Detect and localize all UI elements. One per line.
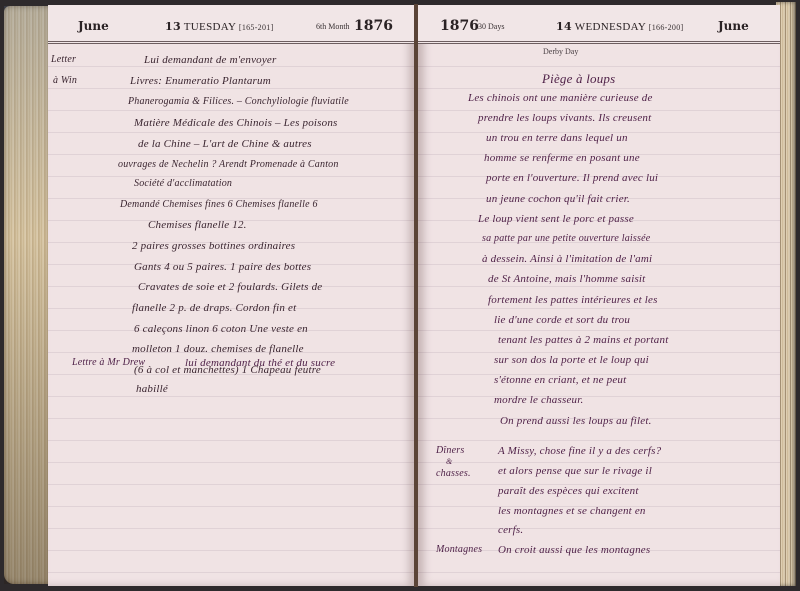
entry-line: et alors pense que sur le rivage il bbox=[498, 465, 652, 477]
entry-line: tenant les pattes à 2 mains et portant bbox=[498, 334, 668, 346]
entry-line: 2 paires grosses bottines ordinaires bbox=[132, 240, 295, 252]
margin-note: Montagnes bbox=[436, 544, 482, 555]
entry-line: lie d'une corde et sort du trou bbox=[494, 314, 630, 326]
entry-title: Piège à loups bbox=[542, 71, 615, 87]
left-header-month: June bbox=[78, 19, 109, 33]
entry-line: Les chinois ont une manière curieuse de bbox=[468, 92, 653, 104]
entry-line: molleton 1 douz. chemises de flanelle bbox=[132, 343, 304, 355]
open-diary: June 13 TUESDAY [165-201] 6th Month 1876… bbox=[0, 0, 800, 591]
right-header-year: 1876 bbox=[440, 18, 479, 34]
margin-note: Dîners bbox=[436, 445, 464, 456]
left-header-month-label: 6th Month bbox=[316, 22, 350, 31]
right-page-header: 1876 30 Days 14 WEDNESDAY [166-200] June bbox=[418, 5, 780, 44]
entry-line: sur son dos la porte et le loup qui bbox=[494, 354, 649, 366]
right-header-day-number: 14 bbox=[556, 20, 572, 33]
entry-line: paraît des espèces qui excitent bbox=[498, 485, 639, 497]
entry-line: cerfs. bbox=[498, 524, 523, 536]
left-page-header: June 13 TUESDAY [165-201] 6th Month 1876 bbox=[48, 5, 415, 44]
left-header-weekday: TUESDAY bbox=[184, 21, 236, 33]
entry-line: mordre le chasseur. bbox=[494, 394, 583, 406]
entry-line: flanelle 2 p. de draps. Cordon fin et bbox=[132, 302, 296, 314]
entry-line: Gants 4 ou 5 paires. 1 paire des bottes bbox=[134, 261, 311, 273]
margin-note: chasses. bbox=[436, 468, 471, 479]
entry-line: Livres: Enumeratio Plantarum bbox=[130, 75, 271, 87]
margin-note: & bbox=[446, 457, 452, 466]
entry-line: Demandé Chemises fines 6 Chemises flanel… bbox=[120, 199, 318, 210]
entry-line: Le loup vient sent le porc et passe bbox=[478, 213, 634, 225]
entry-line: Phanerogamia & Filices. – Conchyliologie… bbox=[128, 96, 349, 107]
entry-line: 6 caleçons linon 6 coton Une veste en bbox=[134, 323, 308, 335]
entry-line: On croit aussi que les montagnes bbox=[498, 544, 650, 556]
margin-note: Letter bbox=[51, 54, 76, 65]
entry-line: Société d'acclimatation bbox=[134, 178, 232, 189]
right-header-days-label: 30 Days bbox=[478, 22, 504, 31]
entry-line: à dessein. Ainsi à l'imitation de l'ami bbox=[482, 253, 652, 265]
right-header-date: 14 WEDNESDAY [166-200] bbox=[556, 20, 684, 33]
left-header-year: 1876 bbox=[354, 18, 393, 34]
entry-line: Chemises flanelle 12. bbox=[148, 219, 247, 231]
left-header-day-number: 13 bbox=[165, 20, 181, 33]
right-header-month: June bbox=[718, 19, 749, 33]
right-header-weekday: WEDNESDAY bbox=[575, 21, 646, 33]
entry-line: de la Chine – L'art de Chine & autres bbox=[138, 138, 312, 150]
margin-note: Lettre à Mr Drew bbox=[72, 357, 145, 368]
printed-event-note: Derby Day bbox=[543, 47, 578, 56]
entry-line: s'étonne en criant, et ne peut bbox=[494, 374, 626, 386]
right-header-day-count: [166-200] bbox=[649, 23, 684, 32]
entry-line: un jeune cochon qu'il fait crier. bbox=[486, 193, 630, 205]
entry-line: Matière Médicale des Chinois – Les poiso… bbox=[134, 117, 338, 129]
entry-line: prendre les loups vivants. Ils creusent bbox=[478, 112, 651, 124]
entry-line: de St Antoine, mais l'homme saisit bbox=[488, 273, 645, 285]
left-page: June 13 TUESDAY [165-201] 6th Month 1876… bbox=[48, 5, 415, 586]
entry-line: les montagnes et se changent en bbox=[498, 505, 646, 517]
entry-line: A Missy, chose fine il y a des cerfs? bbox=[498, 445, 661, 457]
entry-line: porte en l'ouverture. Il prend avec lui bbox=[486, 172, 658, 184]
entry-line: habillé bbox=[136, 383, 168, 395]
entry-line: homme se renferme en posant une bbox=[484, 152, 640, 164]
entry-line: fortement les pattes intérieures et les bbox=[488, 294, 658, 306]
entry-line: sa patte par une petite ouverture laissé… bbox=[482, 233, 650, 244]
entry-line: Lui demandant de m'envoyer bbox=[144, 54, 277, 66]
entry-line: un trou en terre dans lequel un bbox=[486, 132, 628, 144]
entry-line: On prend aussi les loups au filet. bbox=[500, 415, 652, 427]
entry-line: lui demandant du thé et du sucre bbox=[185, 357, 335, 369]
left-header-day-count: [165-201] bbox=[239, 23, 274, 32]
left-header-date: 13 TUESDAY [165-201] bbox=[165, 20, 274, 33]
entry-line: Cravates de soie et 2 foulards. Gilets d… bbox=[138, 281, 322, 293]
right-page: 1876 30 Days 14 WEDNESDAY [166-200] June… bbox=[418, 5, 780, 586]
entry-line: ouvrages de Nechelin ? Arendt Promenade … bbox=[118, 159, 339, 170]
margin-note: à Win bbox=[53, 75, 77, 86]
page-block-left-edge bbox=[4, 6, 50, 584]
